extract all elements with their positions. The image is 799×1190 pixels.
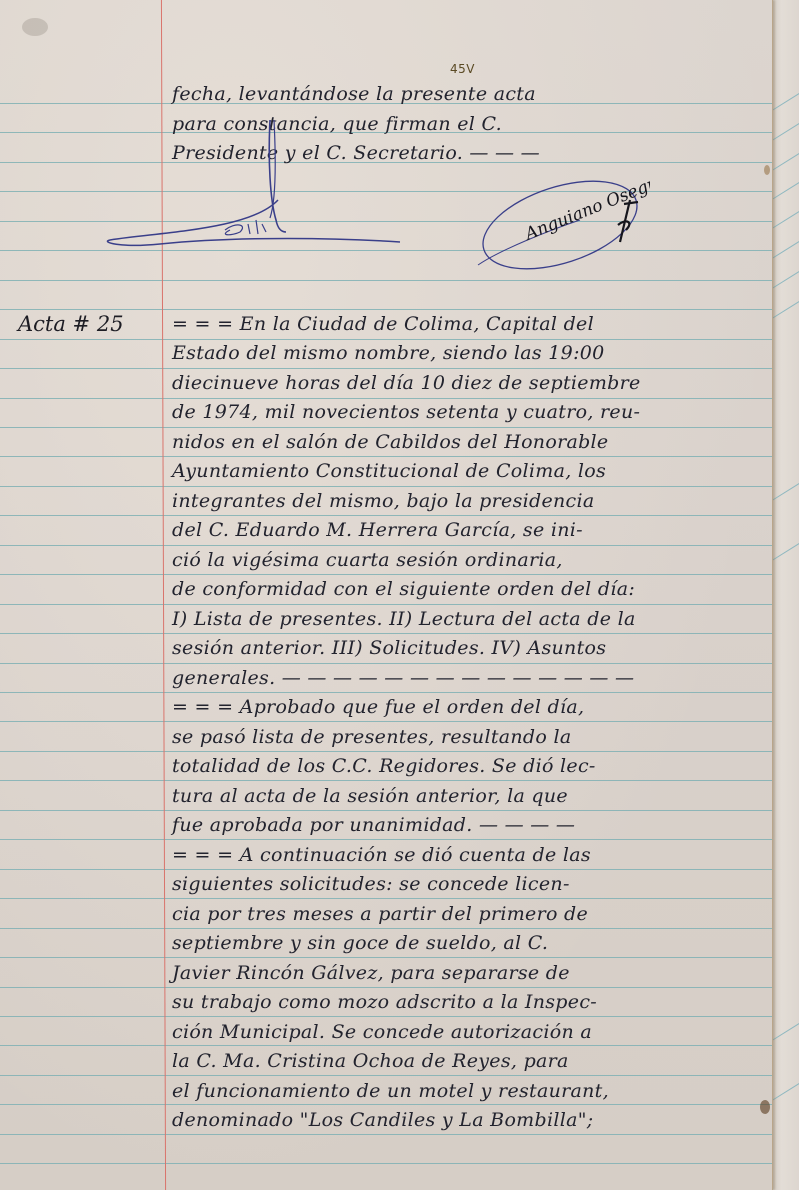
act-line: integrantes del mismo, bajo la presidenc…: [172, 490, 594, 512]
ruled-line: [0, 1045, 772, 1046]
binding-stain: [764, 165, 770, 175]
act-line: nidos en el salón de Cabildos del Honora…: [172, 431, 608, 453]
act-line: = = = Aprobado que fue el orden del día,: [172, 696, 584, 718]
ruled-line: [0, 1075, 772, 1076]
ruled-line: [0, 545, 772, 546]
ruled-line: [0, 957, 772, 958]
secretario-signature: Anguiano Oseguera: [470, 170, 650, 285]
presidente-signature: [100, 120, 430, 260]
ruled-line: [0, 486, 772, 487]
ruled-line: [0, 1016, 772, 1017]
ruled-line: [0, 604, 772, 605]
act-line: de 1974, mil novecientos setenta y cuatr…: [172, 401, 640, 423]
act-line: septiembre y sin goce de sueldo, al C.: [172, 932, 548, 954]
closing-line-1: fecha, levantándose la presente acta: [172, 83, 536, 105]
ruled-line: [0, 574, 772, 575]
ruled-line: [0, 692, 772, 693]
ruled-line: [0, 869, 772, 870]
act-line: el funcionamiento de un motel y restaura…: [172, 1080, 609, 1102]
ruled-line: [0, 427, 772, 428]
ruled-line: [0, 398, 772, 399]
act-line: sesión anterior. III) Solicitudes. IV) A…: [172, 637, 606, 659]
ruled-line: [0, 368, 772, 369]
act-line: la C. Ma. Cristina Ochoa de Reyes, para: [172, 1050, 569, 1072]
ruled-line: [0, 456, 772, 457]
ruled-line: [0, 663, 772, 664]
act-line: su trabajo como mozo adscrito a la Inspe…: [172, 991, 597, 1013]
act-line: Estado del mismo nombre, siendo las 19:0…: [172, 342, 605, 364]
act-line: fue aprobada por unanimidad. — — — —: [172, 814, 575, 836]
page-number: 45V: [450, 62, 475, 76]
ruled-line: [0, 898, 772, 899]
act-line: I) Lista de presentes. II) Lectura del a…: [172, 608, 636, 630]
ruled-line: [0, 339, 772, 340]
act-line: diecinueve horas del día 10 diez de sept…: [172, 372, 641, 394]
ruled-line: [0, 515, 772, 516]
underlying-page-edge: [770, 0, 799, 1190]
act-line: cia por tres meses a partir del primero …: [172, 903, 588, 925]
act-line: = = = En la Ciudad de Colima, Capital de…: [172, 313, 594, 335]
act-line: totalidad de los C.C. Regidores. Se dió …: [172, 755, 596, 777]
act-line: Ayuntamiento Constitucional de Colima, l…: [172, 460, 606, 482]
ruled-line: [0, 633, 772, 634]
act-line: = = = A continuación se dió cuenta de la…: [172, 844, 591, 866]
act-line: siguientes solicitudes: se concede licen…: [172, 873, 570, 895]
ledger-page: 45V fecha, levantándose la presente acta…: [0, 0, 773, 1190]
act-number-label: Acta # 25: [18, 312, 124, 336]
act-line: de conformidad con el siguiente orden de…: [172, 578, 635, 600]
act-line: del C. Eduardo M. Herrera García, se ini…: [172, 519, 583, 541]
act-line: ció la vigésima cuarta sesión ordinaria,: [172, 549, 563, 571]
ruled-line: [0, 928, 772, 929]
ruled-line: [0, 839, 772, 840]
ruled-line: [0, 1163, 772, 1164]
ruled-line: [0, 780, 772, 781]
ink-stain: [22, 18, 48, 36]
ruled-line: [0, 721, 772, 722]
ruled-line: [0, 280, 772, 281]
ruled-line: [0, 987, 772, 988]
ruled-line: [0, 309, 772, 310]
ruled-line: [0, 751, 772, 752]
act-line: denominado "Los Candiles y La Bombilla";: [172, 1109, 593, 1131]
ruled-line: [0, 810, 772, 811]
ruled-line: [0, 1104, 772, 1105]
act-line: ción Municipal. Se concede autorización …: [172, 1021, 592, 1043]
binding-stain: [760, 1100, 770, 1114]
ruled-line: [0, 1134, 772, 1135]
act-line: tura al acta de la sesión anterior, la q…: [172, 785, 568, 807]
act-line: Javier Rincón Gálvez, para separarse de: [172, 962, 570, 984]
act-line: se pasó lista de presentes, resultando l…: [172, 726, 571, 748]
act-line: generales. — — — — — — — — — — — — — —: [172, 667, 634, 689]
